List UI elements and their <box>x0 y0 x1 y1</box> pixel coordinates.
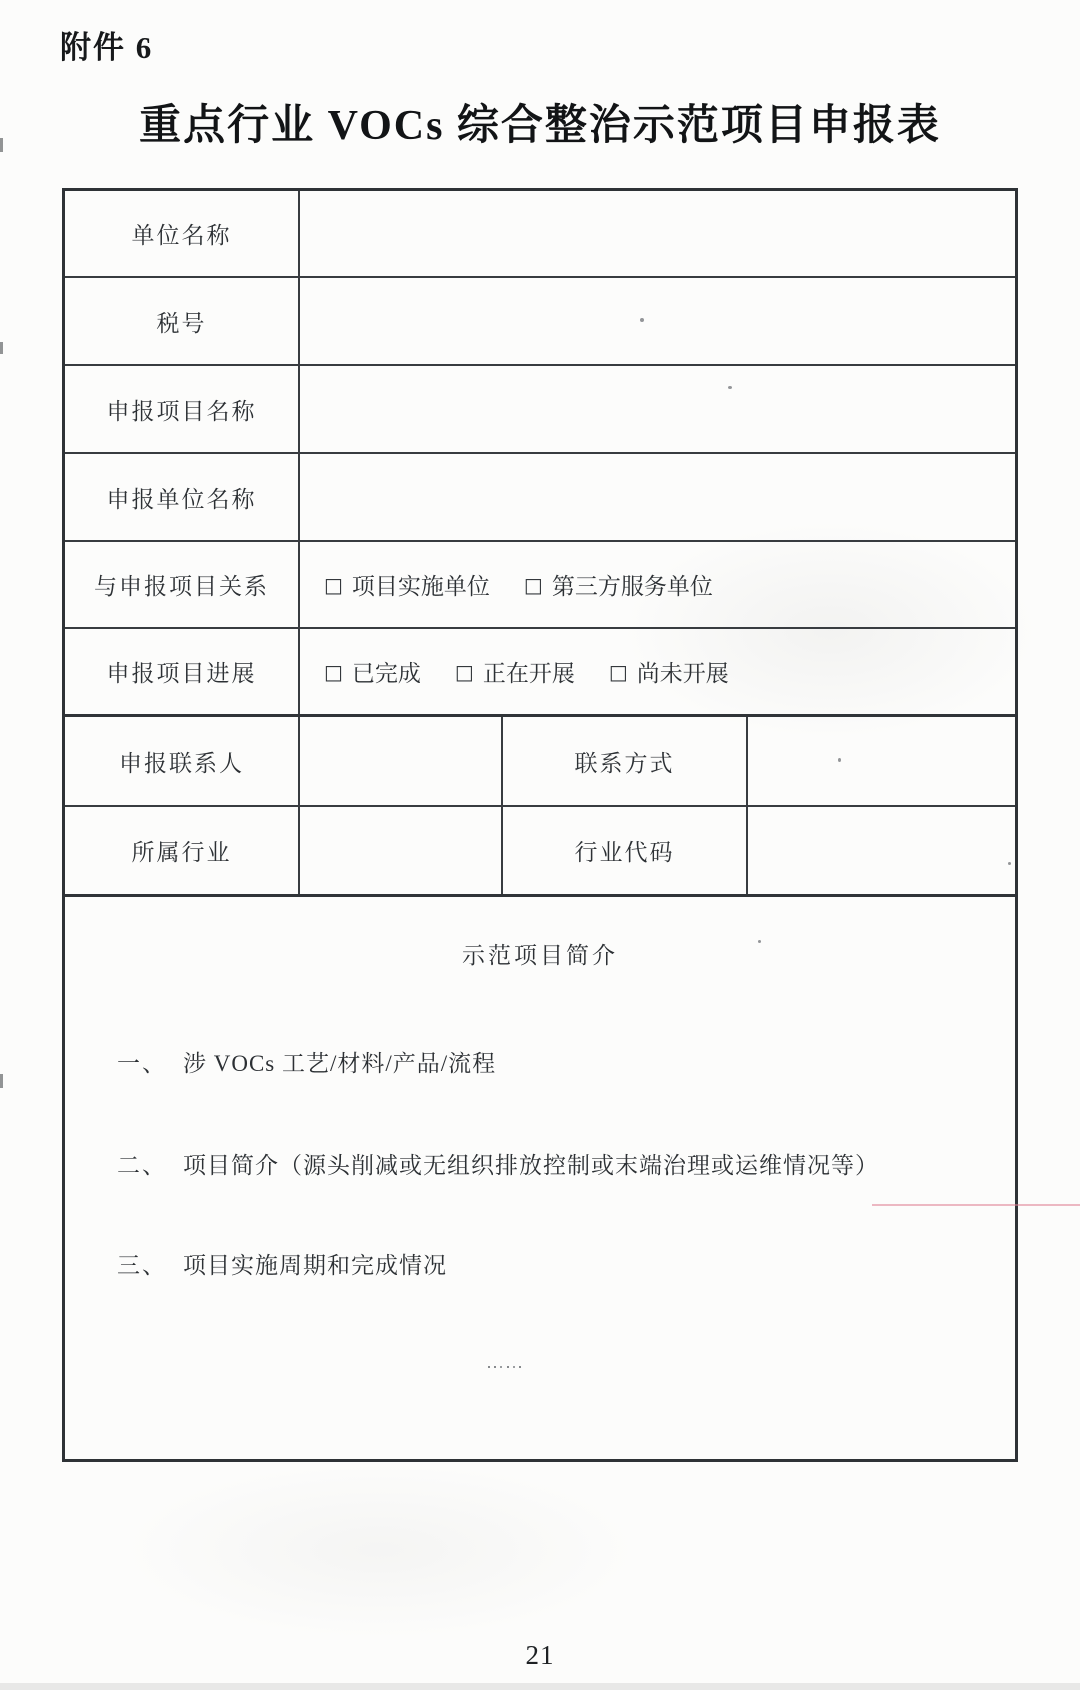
option-label: 第三方服务单位 <box>552 568 713 601</box>
checkbox-icon: □ <box>324 573 343 597</box>
row-label-project-progress: 申报项目进展 <box>65 629 300 714</box>
row-value-contact-person <box>300 717 503 805</box>
checkbox-icon: □ <box>609 660 628 684</box>
section-item-3: 三、项目实施周期和完成情况 <box>117 1247 447 1280</box>
row-label-industry-code: 行业代码 <box>503 807 748 894</box>
option-label: 尚未开展 <box>637 655 729 688</box>
scan-artifact-line <box>872 1204 1080 1206</box>
table-row: 申报项目名称 <box>65 366 1015 454</box>
table-row: 示范项目简介 一、涉 VOCs 工艺/材料/产品/流程 二、项目简介（源头削减或… <box>65 897 1015 1459</box>
row-label-project-name: 申报项目名称 <box>65 366 300 452</box>
page-number: 21 <box>0 1640 1080 1671</box>
project-intro-section: 示范项目简介 一、涉 VOCs 工艺/材料/产品/流程 二、项目简介（源头削减或… <box>65 897 1015 1459</box>
option-label: 已完成 <box>352 655 421 688</box>
item-number: 三、 <box>117 1253 167 1278</box>
row-value-project-name <box>300 366 1015 452</box>
item-text: 项目实施周期和完成情况 <box>183 1253 447 1278</box>
row-label-applicant-unit-name: 申报单位名称 <box>65 454 300 540</box>
option-implementing-unit: □ 项目实施单位 <box>324 568 490 601</box>
row-label-tax-number: 税号 <box>65 278 300 364</box>
scan-speck <box>640 318 644 322</box>
item-number: 一、 <box>117 1051 167 1076</box>
scan-edge-mark <box>0 1074 3 1088</box>
scan-blotch <box>120 1460 640 1640</box>
row-label-unit-name: 单位名称 <box>65 191 300 276</box>
section-title: 示范项目简介 <box>65 937 1015 970</box>
table-row: 申报联系人 联系方式 <box>65 717 1015 807</box>
item-number: 二、 <box>117 1153 167 1178</box>
option-third-party-service-unit: □ 第三方服务单位 <box>524 568 713 601</box>
row-value-applicant-unit-name <box>300 454 1015 540</box>
checkbox-icon: □ <box>524 573 543 597</box>
item-text: 项目简介（源头削减或无组织排放控制或末端治理或运维情况等） <box>183 1153 879 1178</box>
row-label-industry: 所属行业 <box>65 807 300 894</box>
row-label-contact-method: 联系方式 <box>503 717 748 805</box>
item-text: 涉 VOCs 工艺/材料/产品/流程 <box>183 1051 496 1076</box>
row-value-contact-method <box>748 717 1015 805</box>
table-row: 所属行业 行业代码 <box>65 807 1015 897</box>
scan-speck <box>728 386 732 389</box>
page-title: 重点行业 VOCs 综合整治示范项目申报表 <box>0 92 1080 152</box>
row-label-project-relation: 与申报项目关系 <box>65 542 300 627</box>
application-form-table: 单位名称 税号 申报项目名称 申报单位名称 与申报项目关系 □ 项目实施单位 □ <box>62 188 1018 1462</box>
row-value-unit-name <box>300 191 1015 276</box>
scanned-document-page: 附件 6 重点行业 VOCs 综合整治示范项目申报表 单位名称 税号 申报项目名… <box>0 0 1080 1690</box>
option-label: 正在开展 <box>483 655 575 688</box>
scan-dots <box>488 1366 490 1368</box>
row-value-industry <box>300 807 503 894</box>
table-row: 申报单位名称 <box>65 454 1015 542</box>
table-row: 税号 <box>65 278 1015 366</box>
table-row: 申报项目进展 □ 已完成 □ 正在开展 □ 尚未开展 <box>65 629 1015 717</box>
scan-speck <box>838 758 841 762</box>
option-label: 项目实施单位 <box>352 568 490 601</box>
row-value-project-progress: □ 已完成 □ 正在开展 □ 尚未开展 <box>300 629 1015 714</box>
option-in-progress: □ 正在开展 <box>455 655 575 688</box>
table-row: 单位名称 <box>65 191 1015 278</box>
row-label-contact-person: 申报联系人 <box>65 717 300 805</box>
option-completed: □ 已完成 <box>324 655 421 688</box>
table-row: 与申报项目关系 □ 项目实施单位 □ 第三方服务单位 <box>65 542 1015 629</box>
row-value-tax-number <box>300 278 1015 364</box>
row-value-project-relation: □ 项目实施单位 □ 第三方服务单位 <box>300 542 1015 627</box>
scan-speck <box>1008 862 1011 865</box>
checkbox-icon: □ <box>455 660 474 684</box>
scan-edge-mark <box>0 138 3 152</box>
row-value-industry-code <box>748 807 1015 894</box>
scan-edge-mark <box>0 342 3 354</box>
scan-bottom-edge <box>0 1683 1080 1690</box>
scan-speck <box>758 940 761 943</box>
option-not-started: □ 尚未开展 <box>609 655 729 688</box>
section-item-1: 一、涉 VOCs 工艺/材料/产品/流程 <box>117 1045 496 1078</box>
checkbox-icon: □ <box>324 660 343 684</box>
section-item-2: 二、项目简介（源头削减或无组织排放控制或末端治理或运维情况等） <box>117 1147 879 1180</box>
attachment-label: 附件 6 <box>60 22 153 67</box>
